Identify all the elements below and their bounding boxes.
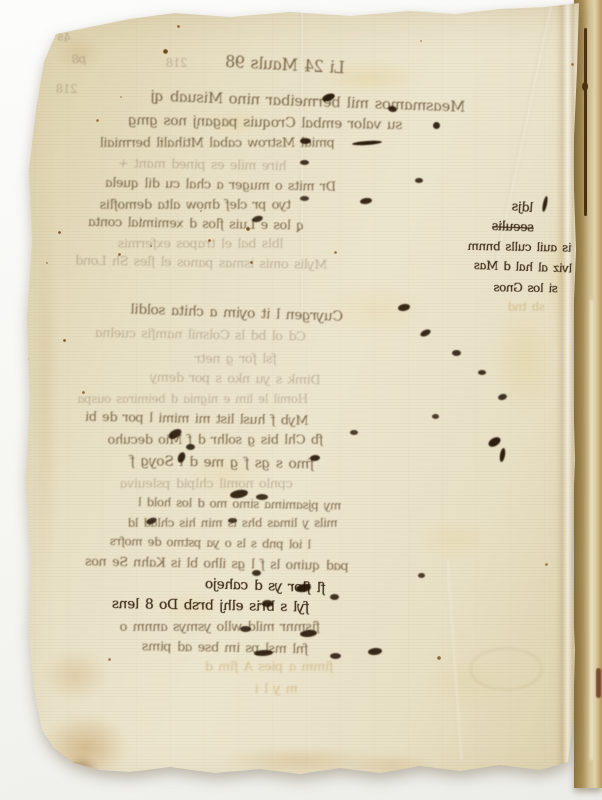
foxing-spot (250, 261, 253, 264)
foxing-spot (246, 227, 250, 231)
foxing-spot (163, 49, 168, 54)
paper-sheet: 4sp8218218Li 24 Mauls 98Measmamos mil be… (0, 0, 602, 800)
foxing-layer (0, 0, 602, 800)
foxing-spot (58, 231, 61, 234)
foxing-spot (571, 63, 574, 66)
foxing-spot (63, 339, 66, 342)
foxing-spot (334, 251, 337, 254)
foxing-spot (120, 96, 122, 98)
foxing-spot (82, 391, 85, 394)
foxing-spot (108, 658, 111, 661)
stain (66, 764, 88, 780)
foxing-spot (208, 239, 211, 242)
foxing-spot (150, 245, 152, 247)
foxing-spot (420, 40, 422, 42)
foxing-spot (177, 25, 180, 28)
foxing-spot (46, 262, 48, 264)
scanned-document: 4sp8218218Li 24 Mauls 98Measmamos mil be… (0, 0, 602, 800)
foxing-spot (96, 119, 99, 122)
foxing-spot (437, 656, 441, 660)
foxing-spot (545, 563, 548, 566)
foxing-spot (200, 210, 202, 212)
foxing-spot (118, 253, 121, 256)
foxing-spot (140, 219, 142, 221)
manuscript-page: 4sp8218218Li 24 Mauls 98Measmamos mil be… (0, 0, 602, 800)
foxing-spot (298, 229, 300, 231)
foxing-spot (27, 358, 29, 360)
foxing-spot (160, 140, 162, 142)
